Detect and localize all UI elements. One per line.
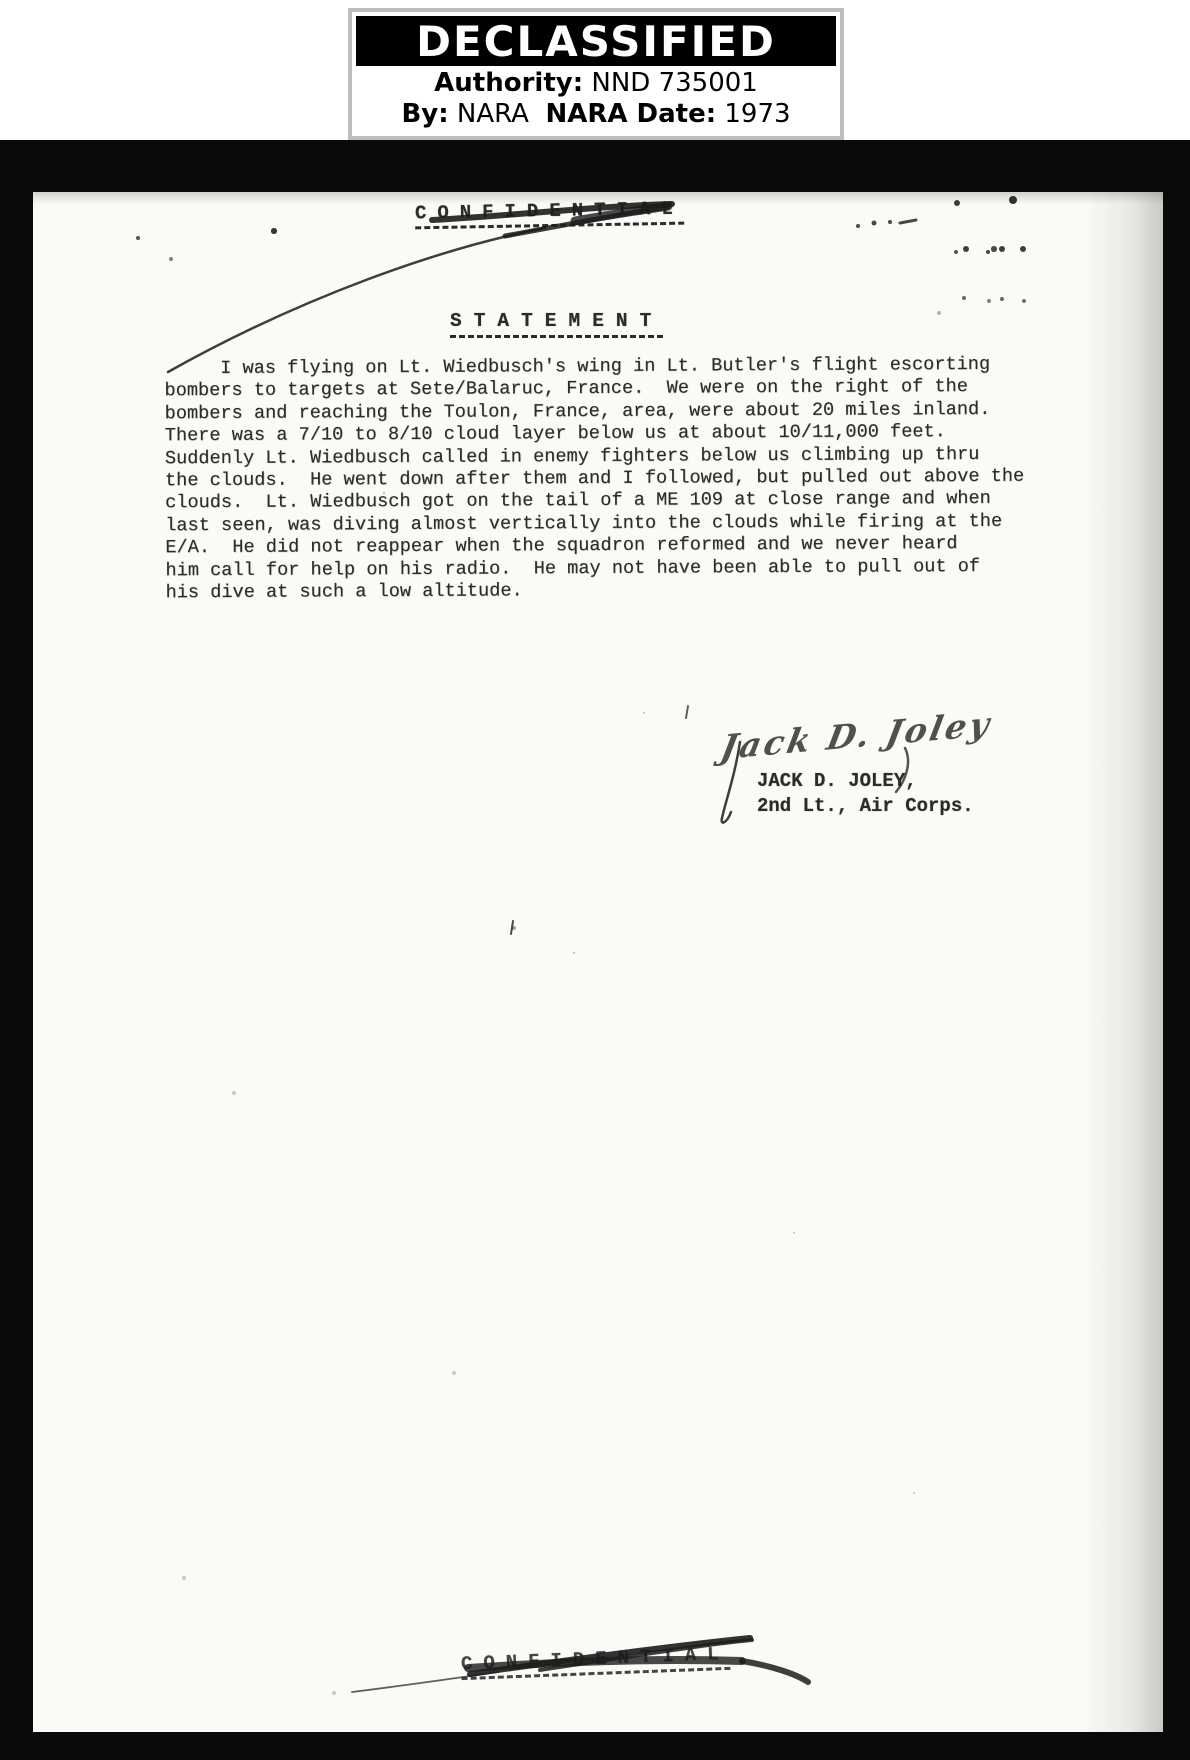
authority-label: Authority: [434,68,583,98]
paper-specks [33,192,35,194]
signature-typed-name: JACK D. JOLEY, [757,770,917,792]
by-label: By: [401,99,448,129]
by-value: NARA [449,99,546,129]
stamp-authority-line: Authority: NND 735001 [352,68,840,99]
declassified-stamp-title: DECLASSIFIED [356,16,836,66]
scanned-document: DECLASSIFIED Authority: NND 735001 By: N… [0,0,1190,1760]
stamp-by-line: By: NARA NARA Date: 1973 [352,99,840,130]
statement-body: I was flying on Lt. Wiedbusch's wing in … [164,354,1024,605]
scan-background: CONFIDENTIAL STATEMENT I was flying on L… [0,140,1190,1760]
nara-date-label: NARA Date: [545,99,716,129]
statement-heading: STATEMENT [450,310,663,338]
authority-value: NND 735001 [583,68,758,98]
classification-top: CONFIDENTIAL [415,198,684,230]
signature-handwritten: Jack D. Joley [718,704,996,767]
document-page: CONFIDENTIAL STATEMENT I was flying on L… [33,192,1163,1732]
declassified-stamp: DECLASSIFIED Authority: NND 735001 By: N… [348,8,844,140]
nara-date-value: 1973 [716,99,790,129]
classification-bottom: CONFIDENTIAL [461,1643,731,1680]
signature-typed-title: 2nd Lt., Air Corps. [757,795,974,817]
